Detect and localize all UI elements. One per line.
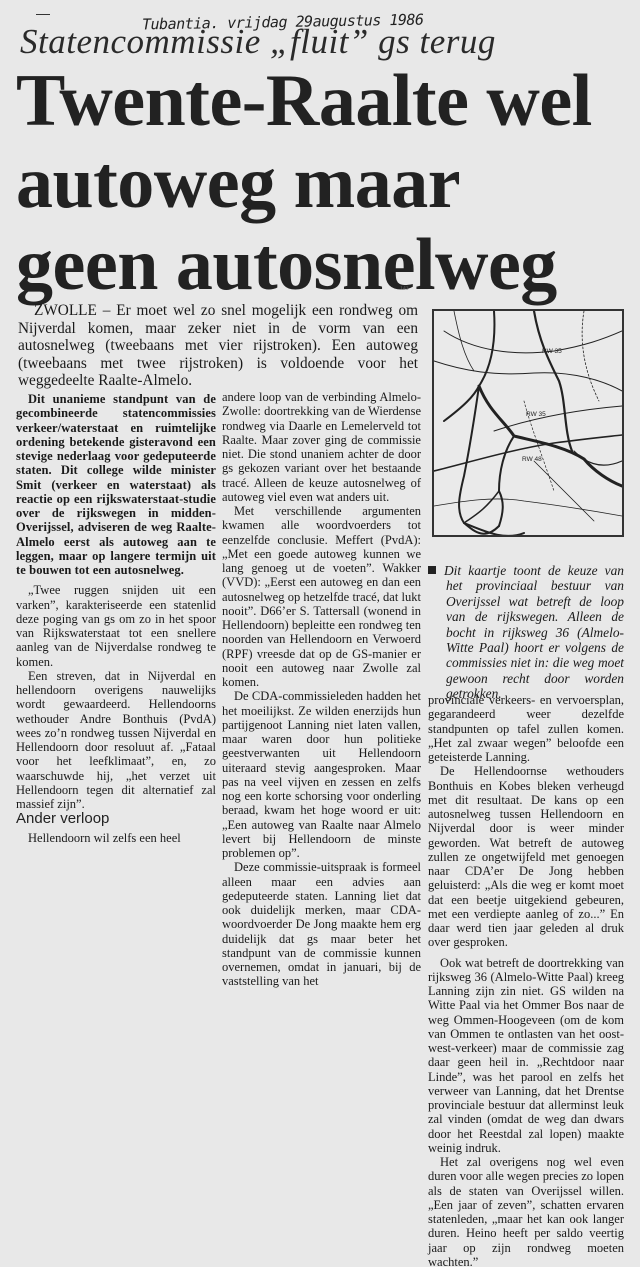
headline-line-2: autoweg maar xyxy=(16,142,636,224)
column-2: andere loop van de verbinding Almelo-Zwo… xyxy=(222,390,421,989)
paragraph: Hellendoorn wil zelfs een heel xyxy=(16,831,216,845)
paragraph: Ook wat betreft de doortrekking van rijk… xyxy=(428,956,624,1156)
map-label: RW 35 xyxy=(542,348,562,355)
intro-paragraph: Dit unanieme standpunt van de gecombinee… xyxy=(16,392,216,577)
paragraph: Het zal overigens nog wel even duren voo… xyxy=(428,1155,624,1267)
map-label: RW 35 xyxy=(526,411,546,418)
paragraph: De CDA-commissieleden hadden het het moe… xyxy=(222,689,421,860)
road-map-icon: RW 35 RW 35 RW 48 xyxy=(434,311,622,535)
map-caption: Dit kaartje toont de keuze van het provi… xyxy=(428,563,624,702)
margin-dash xyxy=(36,14,50,15)
bullet-square-icon xyxy=(428,566,436,574)
paragraph: De Hellendoornse wethouders Bonthuis en … xyxy=(428,764,624,949)
map-label: RW 48 xyxy=(522,456,542,463)
paragraph: Een streven, dat in Nijverdal en hellend… xyxy=(16,669,216,812)
column-3: provinciale verkeers- en vervoersplan, g… xyxy=(428,693,624,1267)
headline-line-3: geen autosnelweg xyxy=(16,224,636,306)
caption-text: Dit kaartje toont de keuze van het provi… xyxy=(444,563,624,701)
road-map-figure: RW 35 RW 35 RW 48 xyxy=(432,309,624,537)
column-1: Dit unanieme standpunt van de gecombinee… xyxy=(16,392,216,845)
paragraph: „Twee ruggen snijden uit een varken”, ka… xyxy=(16,583,216,669)
paragraph: andere loop van de verbinding Almelo-Zwo… xyxy=(222,390,421,504)
headline-line-1: Twente-Raalte wel xyxy=(16,60,636,142)
subheading: Ander verloop xyxy=(16,812,216,826)
kicker: Statencommissie „fluit” gs terug xyxy=(20,22,496,62)
margin-mark: ¹⁴³ xyxy=(400,284,409,294)
headline: Twente-Raalte wel autoweg maar geen auto… xyxy=(16,60,636,306)
paragraph: Met verschillende argumenten kwamen alle… xyxy=(222,504,421,689)
lead-paragraph: ZWOLLE – Er moet wel zo snel mogelijk ee… xyxy=(18,302,418,390)
paragraph: Deze commissie-uitspraak is formeel alle… xyxy=(222,860,421,988)
lead-text: ZWOLLE – Er moet wel zo snel mogelijk ee… xyxy=(18,302,418,390)
paragraph: provinciale verkeers- en vervoersplan, g… xyxy=(428,693,624,764)
